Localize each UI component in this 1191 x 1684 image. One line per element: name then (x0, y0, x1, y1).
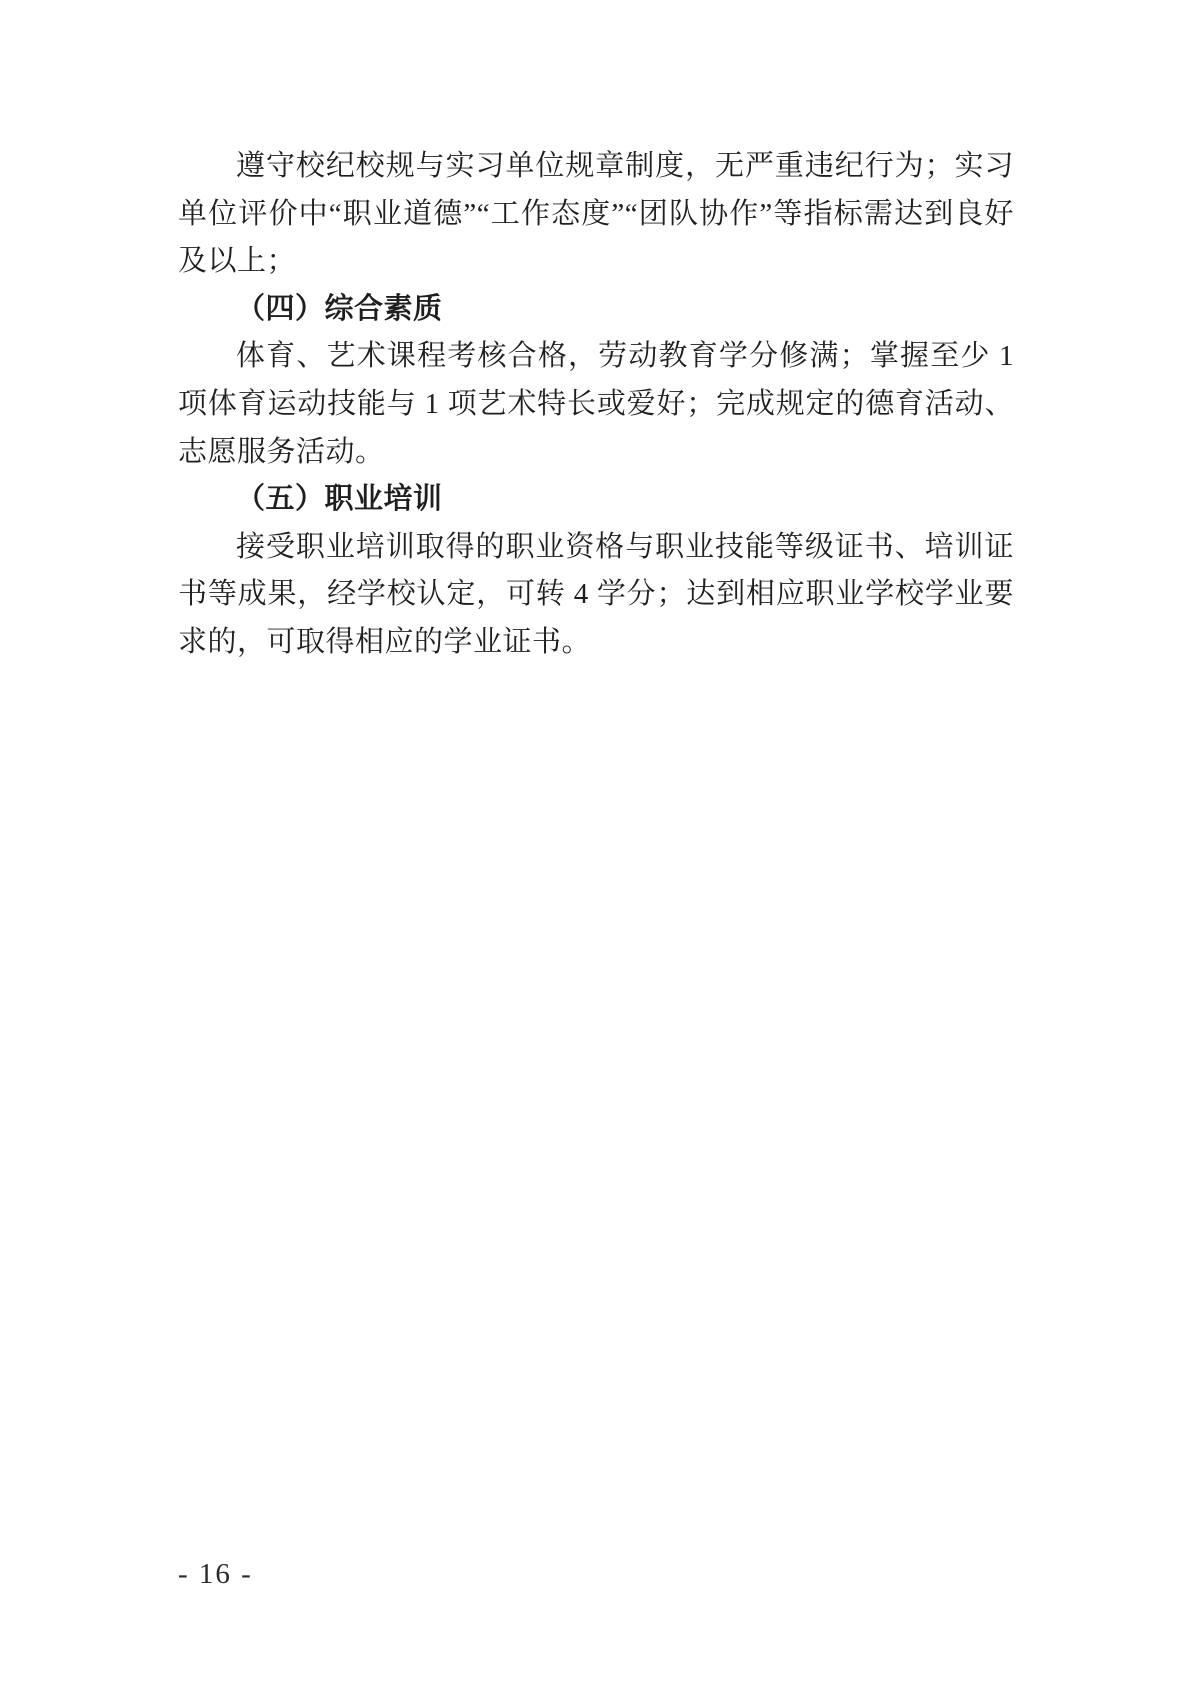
page-number: - 16 - (178, 1556, 253, 1592)
body-paragraph: 遵守校纪校规与实习单位规章制度，无严重违纪行为；实习单位评价中“职业道德”“工作… (178, 143, 1014, 286)
section-heading: （五）职业培训 (178, 476, 1014, 524)
body-paragraph: 接受职业培训取得的职业资格与职业技能等级证书、培训证书等成果，经学校认定，可转 … (178, 524, 1014, 667)
document-body: 遵守校纪校规与实习单位规章制度，无严重违纪行为；实习单位评价中“职业道德”“工作… (178, 143, 1014, 667)
section-heading: （四）综合素质 (178, 286, 1014, 334)
body-paragraph: 体育、艺术课程考核合格，劳动教育学分修满；掌握至少 1 项体育运动技能与 1 项… (178, 333, 1014, 476)
document-page: 遵守校纪校规与实习单位规章制度，无严重违纪行为；实习单位评价中“职业道德”“工作… (0, 0, 1191, 1684)
